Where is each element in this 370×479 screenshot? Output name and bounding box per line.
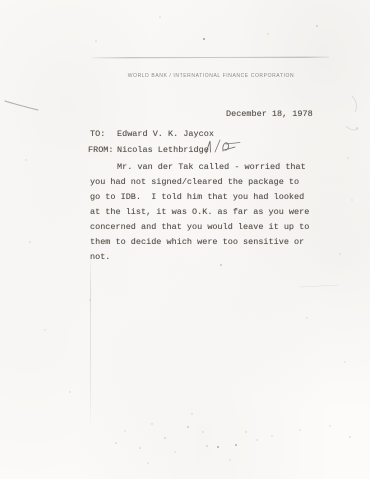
to-name: Edward V. K. Jaycox xyxy=(117,129,214,139)
letterhead-text: WORLD BANK / INTERNATIONAL FINANCE CORPO… xyxy=(96,73,326,79)
scanned-memo-page: WORLD BANK / INTERNATIONAL FINANCE CORPO… xyxy=(0,0,370,479)
handwritten-initials xyxy=(204,138,244,158)
to-label: TO: xyxy=(90,129,105,139)
from-name: Nicolas Lethbridge xyxy=(117,145,209,155)
body-line: concerned and that you would leave it up… xyxy=(90,222,309,232)
letterhead-rule xyxy=(92,57,329,59)
body-line: at the list, it was O.K. as far as you w… xyxy=(90,207,309,217)
body-line: you had not signed/cleared the package t… xyxy=(90,177,299,187)
body-line: go to IDB. I told him that you had looke… xyxy=(90,192,304,202)
memo-date: December 18, 1978 xyxy=(226,109,313,119)
body-line: not. xyxy=(90,252,110,262)
body-line: Mr. van der Tak called - worried that xyxy=(117,162,306,172)
from-label: FROM: xyxy=(88,145,114,155)
body-line: them to decide which were too sensitive … xyxy=(90,237,304,247)
sheet-edge xyxy=(90,252,91,432)
